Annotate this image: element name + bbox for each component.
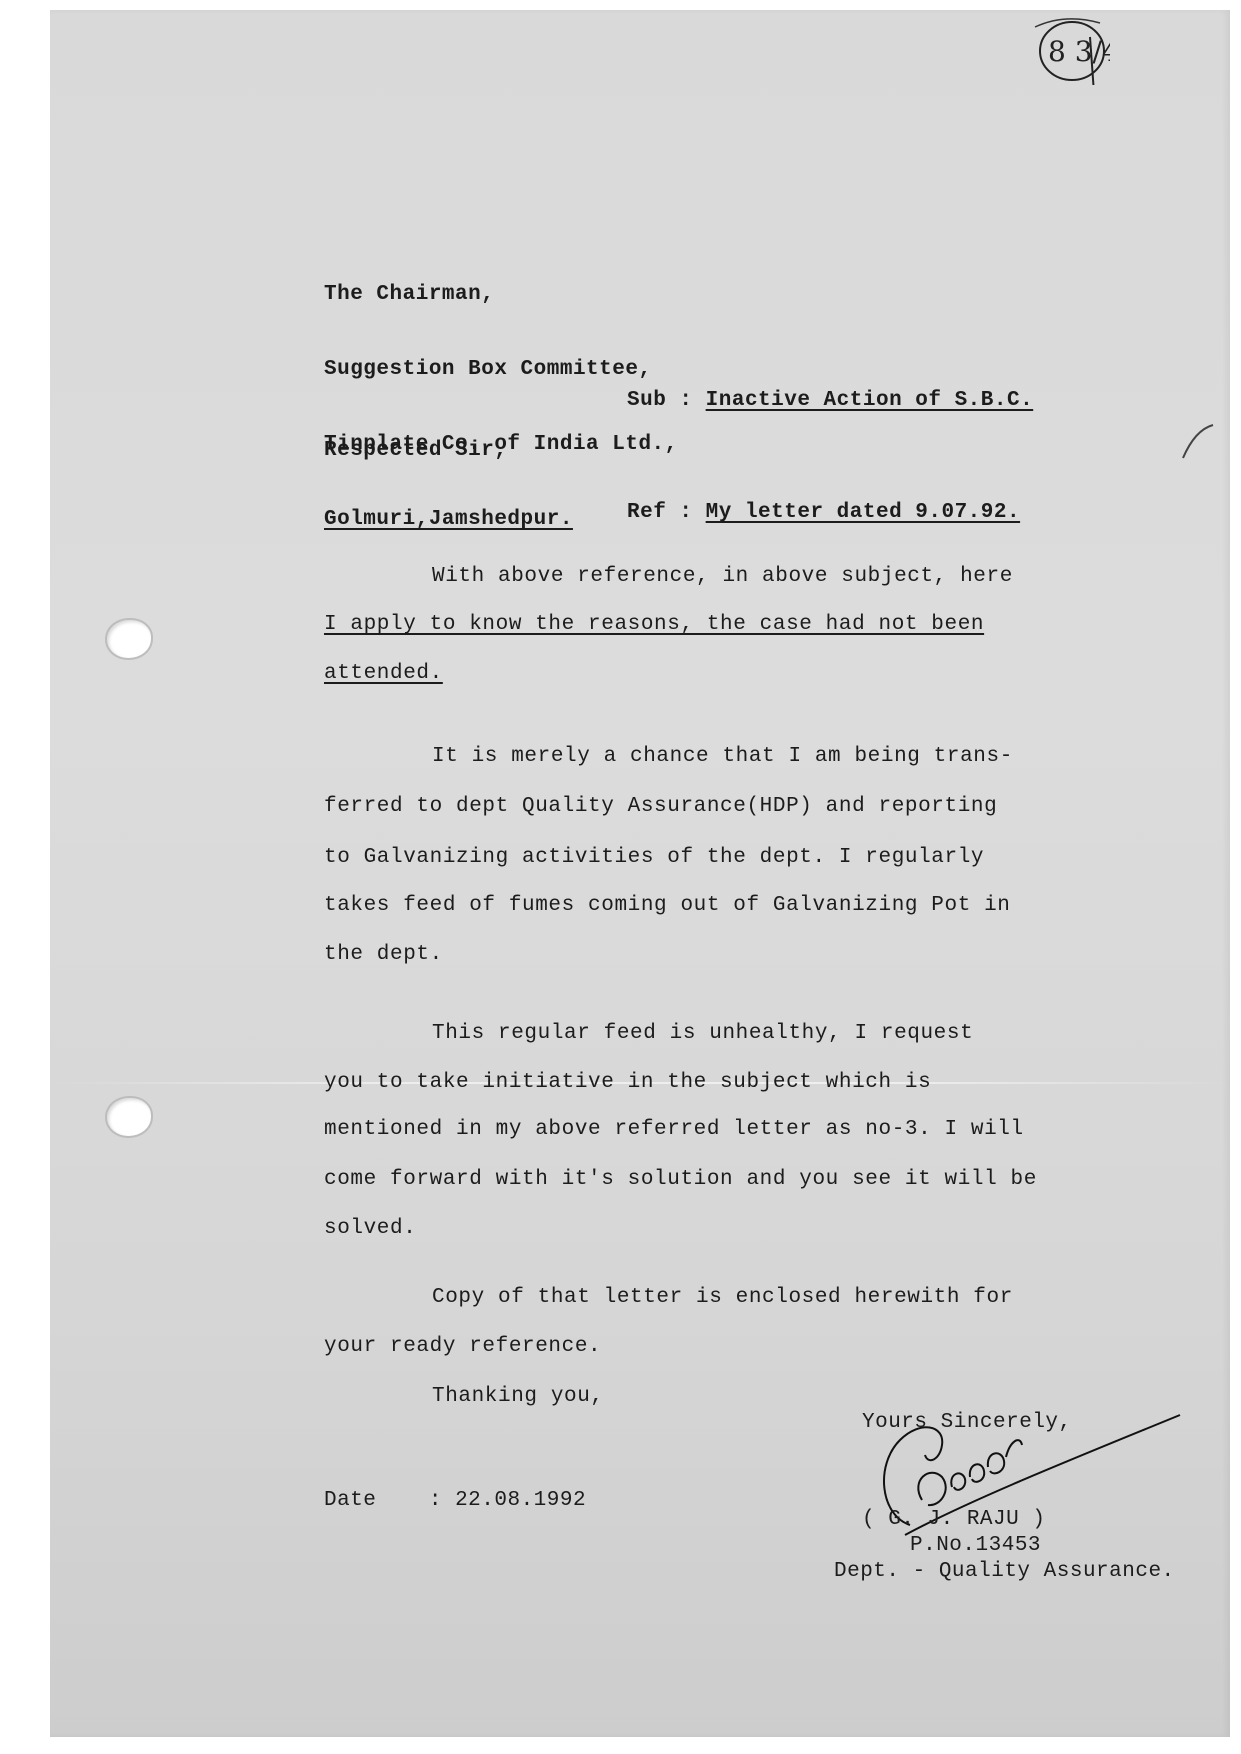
body-line: the dept. xyxy=(324,943,443,966)
recipient-line-4: Golmuri,Jamshedpur. xyxy=(324,507,678,532)
signatory-name: ( G. J. RAJU ) xyxy=(862,1507,1045,1532)
date-label: Date xyxy=(324,1489,376,1512)
recipient-line-1: The Chairman, xyxy=(324,282,678,307)
subject-separator: : xyxy=(679,389,692,412)
subject-label: Sub xyxy=(627,389,666,412)
body-line: come forward with it's solution and you … xyxy=(324,1168,1037,1191)
reference-text: My letter dated 9.07.92. xyxy=(706,501,1020,524)
page-number-mark: 8 3/4 xyxy=(1030,15,1110,85)
body-line: takes feed of fumes coming out of Galvan… xyxy=(324,894,1011,917)
body-line: This regular feed is unhealthy, I reques… xyxy=(432,1022,973,1045)
reference-separator: : xyxy=(679,501,692,524)
subject-text: Inactive Action of S.B.C. xyxy=(706,389,1034,412)
body-line: you to take initiative in the subject wh… xyxy=(324,1071,931,1094)
signatory-pno: P.No.13453 xyxy=(910,1533,1041,1558)
signatory-dept: Dept. - Quality Assurance. xyxy=(834,1559,1175,1584)
body-line: solved. xyxy=(324,1217,416,1240)
punch-hole xyxy=(107,1098,151,1136)
body-line: Copy of that letter is enclosed herewith… xyxy=(432,1286,1013,1309)
subject-line: Sub : Inactive Action of S.B.C. xyxy=(627,388,1033,413)
recipient-line-2: Suggestion Box Committee, xyxy=(324,357,678,382)
reference-line: Ref : My letter dated 9.07.92. xyxy=(627,500,1020,525)
punch-hole xyxy=(107,620,151,658)
salutation: Respected Sir, xyxy=(324,438,507,463)
body-line: It is merely a chance that I am being tr… xyxy=(432,745,1013,768)
recipient-address: The Chairman, Suggestion Box Committee, … xyxy=(324,232,678,557)
body-line: your ready reference. xyxy=(324,1335,601,1358)
reference-label: Ref xyxy=(627,501,666,524)
body-line: I apply to know the reasons, the case ha… xyxy=(324,613,984,636)
body-line: to Galvanizing activities of the dept. I… xyxy=(324,846,984,869)
date-line: Date : 22.08.1992 xyxy=(324,1488,586,1513)
margin-pen-mark xyxy=(1175,420,1215,465)
svg-text:8 3/4: 8 3/4 xyxy=(1048,35,1110,68)
body-line: ferred to dept Quality Assurance(HDP) an… xyxy=(324,795,997,818)
date-value: 22.08.1992 xyxy=(455,1489,586,1512)
body-line: attended. xyxy=(324,662,443,685)
body-line: mentioned in my above referred letter as… xyxy=(324,1118,1024,1141)
closing-thanks: Thanking you, xyxy=(432,1385,604,1408)
date-separator: : xyxy=(429,1489,442,1512)
body-line: With above reference, in above subject, … xyxy=(432,565,1013,588)
